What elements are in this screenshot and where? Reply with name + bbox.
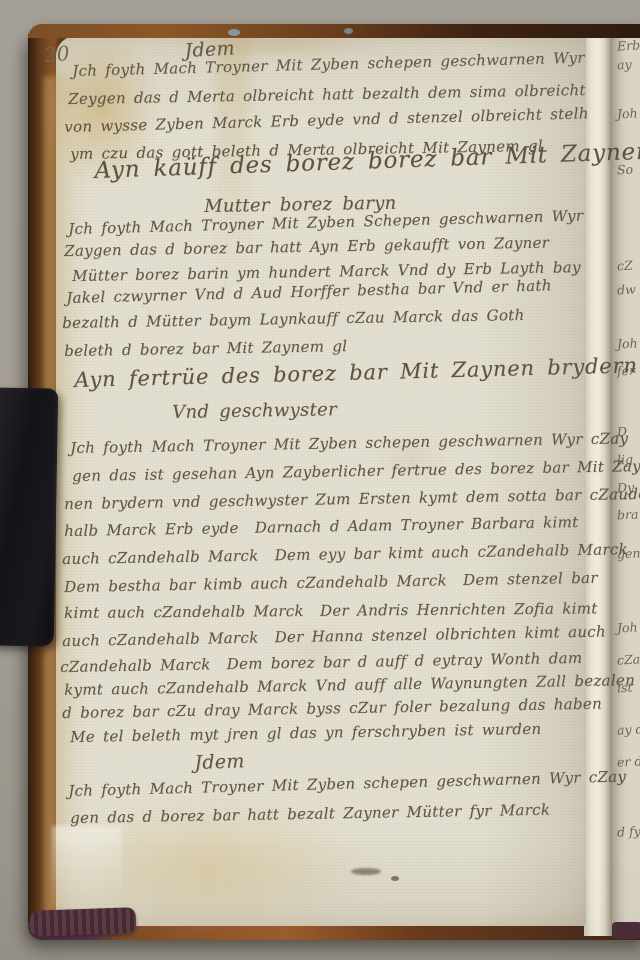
handwritten-text: JdemJch foyth Mach Troyner Mit Zyben sch… — [56, 36, 586, 926]
manuscript-line: beleth d borez bar Mit Zaynem gl — [64, 337, 347, 360]
manuscript-line: Me tel beleth myt jren gl das yn ferschr… — [70, 720, 542, 746]
paper-fleck — [228, 29, 240, 36]
manuscript-line: cZandehalb Marck Dem borez bar d auff d … — [60, 649, 583, 676]
adjacent-page-line-fragment: Joh — [617, 335, 638, 351]
adjacent-page-line-fragment: ay d — [617, 721, 640, 737]
endband-stitching — [30, 907, 137, 937]
manuscript-line: Vnd geschwyster — [172, 399, 337, 423]
adjacent-page-line-fragment: cZ — [617, 258, 633, 274]
adjacent-page-line-fragment: cZa — [617, 651, 640, 667]
manuscript-line: Jch foyth Mach Troyner Mit Zyben schepen… — [72, 49, 585, 80]
adjacent-page-line-fragment: Joh — [617, 105, 638, 121]
manuscript-line: auch cZandehalb Marck Dem eyy bar kimt a… — [62, 540, 628, 568]
book-corner-piece — [612, 922, 640, 939]
manuscript-line: Jdem — [194, 750, 245, 774]
manuscript-line: bezalth d Mütter baym Laynkauff cZau Mar… — [62, 306, 525, 332]
manuscript-line: auch cZandehalb Marck Der Hanna stenzel … — [62, 623, 606, 650]
manuscript-line: kimt auch cZandehalb Marck Der Andris He… — [64, 599, 598, 622]
book-cover-top-edge — [28, 24, 640, 38]
photo-background: ErbayJohSocZdwJohferDligDybragenJohcZais… — [0, 0, 640, 960]
manuscript-line: Jch foyth Mach Troyner Mit Zyben schepen… — [70, 429, 628, 457]
manuscript-line: gen das ist gesehan Ayn Zayberlicher fer… — [72, 457, 640, 485]
manuscript-line: Jch foyth Mach Troyner Mit Zyben schepen… — [68, 767, 626, 800]
adjacent-page-line-fragment: d fy — [617, 823, 640, 839]
adjacent-page-line-fragment: bra — [617, 506, 639, 522]
adjacent-page-line-fragment: Erb — [617, 37, 640, 53]
manuscript-line: von wysse Zyben Marck Erb eyde vnd d ste… — [64, 104, 589, 136]
manuscript-line: Zeygen das d Merta olbreicht hatt bezalt… — [68, 81, 586, 108]
book-clasp — [0, 387, 58, 646]
manuscript-page: 20 JdemJch foyth Mach Troyner Mit Zyben … — [56, 36, 586, 926]
adjacent-page-line-fragment: dw — [617, 282, 636, 298]
paper-fleck — [344, 28, 353, 34]
manuscript-line: Ayn fertrüe des borez bar Mit Zaynen bry… — [74, 353, 638, 392]
adjacent-page-line-fragment: Joh — [617, 619, 638, 635]
book: ErbayJohSocZdwJohferDligDybragenJohcZais… — [28, 24, 640, 940]
manuscript-line: nen brydern vnd geschwyster Zum Ersten k… — [64, 485, 640, 513]
manuscript-line: d borez bar cZu dray Marck byss cZur fol… — [62, 695, 602, 722]
adjacent-page-line-fragment: ay — [617, 57, 632, 73]
manuscript-line: gen das d borez bar hatt bezalt Zayner M… — [70, 801, 550, 827]
manuscript-line: halb Marck Erb eyde Darnach d Adam Troyn… — [64, 513, 579, 540]
manuscript-line: Dem bestha bar kimb auch cZandehalb Marc… — [64, 569, 598, 596]
manuscript-line: Zaygen das d borez bar hatt Ayn Erb geka… — [64, 234, 549, 260]
